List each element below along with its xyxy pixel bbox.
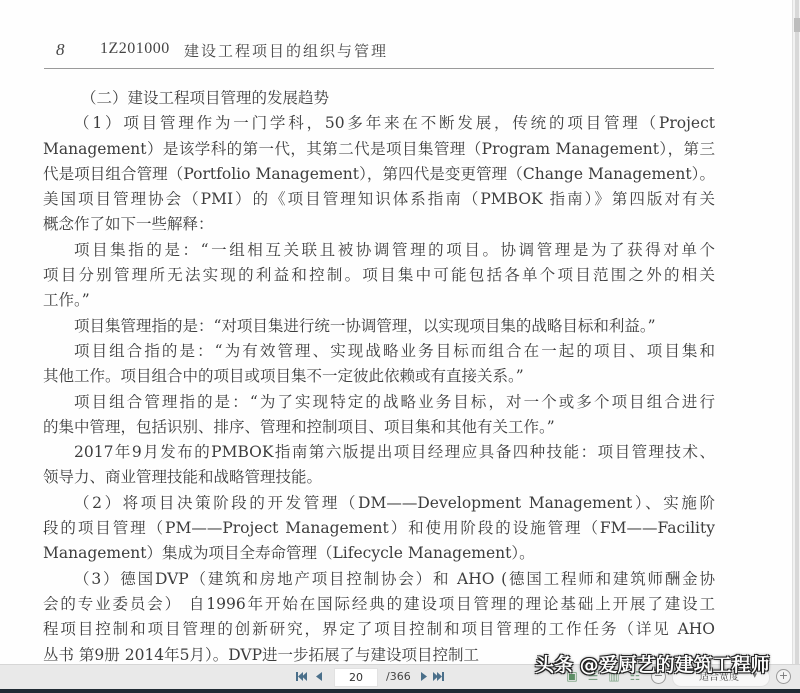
text-line: 项目集管理指的是：“对项目集进行统一协调管理，以实现项目集的战略目标和利益。”: [43, 314, 715, 339]
text-line: （2）将项目决策阶段的开发管理（DM——Development Manageme…: [43, 491, 715, 516]
text-line: 美国项目管理协会（PMI）的《项目管理知识体系指南（PMBOK 指南）》第四版对…: [43, 187, 715, 212]
next-page-icon: [420, 671, 428, 682]
text-line: 2017年9月发布的PMBOK指南第六版提出项目经理应具备四种技能：项目管理技术…: [43, 440, 715, 465]
section-heading: （二）建设工程项目管理的发展趋势: [43, 86, 715, 111]
text-line: 会的专业委员会） 自1996年开始在国际经典的建设项目管理的理论基础上开展了建设…: [43, 592, 715, 617]
page-number: 8: [56, 40, 65, 60]
text-line: 概念作了如下一些解释：: [43, 212, 715, 237]
zoom-in-button[interactable]: +: [776, 669, 791, 684]
document-page: 8 1Z201000 建设工程项目的组织与管理 （二）建设工程项目管理的发展趋势…: [0, 0, 792, 664]
first-page-icon: [296, 671, 308, 682]
scrollbar-track[interactable]: [795, 0, 799, 664]
text-line: 项目分别管理所无法实现的利益和控制。项目集中可能包括各单个项目范围之外的相关: [43, 263, 715, 288]
first-page-button[interactable]: [296, 671, 308, 684]
current-page-input[interactable]: [334, 668, 378, 687]
last-page-icon: [432, 671, 444, 682]
text-line: 段的项目管理（PM——Project Management）和使用阶段的设施管理…: [43, 516, 715, 541]
text-line: 领导力、商业管理技能和战略管理技能。: [43, 465, 715, 490]
watermark: 头条 @爱厨艺的建筑工程师: [535, 650, 770, 677]
text-line: 的集中管理，包括识别、排序、管理和控制项目、项目集和其他有关工作。”: [43, 415, 715, 440]
body-text: （二）建设工程项目管理的发展趋势 （1）项目管理作为一门学科，50多年来在不断发…: [43, 86, 715, 664]
chapter-title: 建设工程项目的组织与管理: [184, 40, 388, 61]
chapter-code: 1Z201000: [100, 40, 170, 58]
text-line: 其他工作。项目组合中的项目或项目集不一定彼此依赖或有直接关系。”: [43, 364, 715, 389]
text-line: Management）集成为项目全寿命管理（Lifecycle Manageme…: [43, 541, 715, 566]
running-header: 8 1Z201000 建设工程项目的组织与管理: [44, 38, 710, 64]
prev-page-button[interactable]: [315, 671, 323, 684]
plus-icon: +: [779, 669, 788, 682]
text-line: 项目组合指的是：“为有效管理、实现战略业务目标而组合在一起的项目、项目集和: [43, 339, 715, 364]
text-line: 工作。”: [43, 288, 715, 313]
text-line: 项目组合管理指的是：“为了实现特定的战略业务目标，对一个或多个项目组合进行: [43, 390, 715, 415]
text-line: 代是项目组合管理（Portfolio Management），第四代是变更管理（…: [43, 162, 715, 187]
prev-page-icon: [315, 671, 323, 682]
next-page-button[interactable]: [420, 671, 428, 684]
total-pages: /366: [386, 670, 411, 683]
taskbar-edge: [0, 689, 800, 693]
header-rule: [44, 68, 714, 69]
text-line: （1）项目管理作为一门学科，50多年来在不断发展，传统的项目管理（Project: [43, 111, 715, 136]
last-page-button[interactable]: [432, 671, 444, 684]
scrollbar-thumb[interactable]: [794, 18, 800, 32]
text-line: （3）德国DVP（建筑和房地产项目控制协会）和 AHO (德国工程师和建筑师酬金…: [43, 567, 715, 592]
text-line: 项目集指的是：“一组相互关联且被协调管理的项目。协调管理是为了获得对单个: [43, 238, 715, 263]
vertical-scrollbar[interactable]: [792, 0, 800, 664]
text-line: 程项目控制和项目管理的创新研究，界定了项目控制和项目管理的工作任务（详见 AHO: [43, 617, 715, 642]
pdf-viewer: 8 1Z201000 建设工程项目的组织与管理 （二）建设工程项目管理的发展趋势…: [0, 0, 800, 693]
text-line: Management）是该学科的第一代，其第二代是项目集管理（Program M…: [43, 137, 715, 162]
